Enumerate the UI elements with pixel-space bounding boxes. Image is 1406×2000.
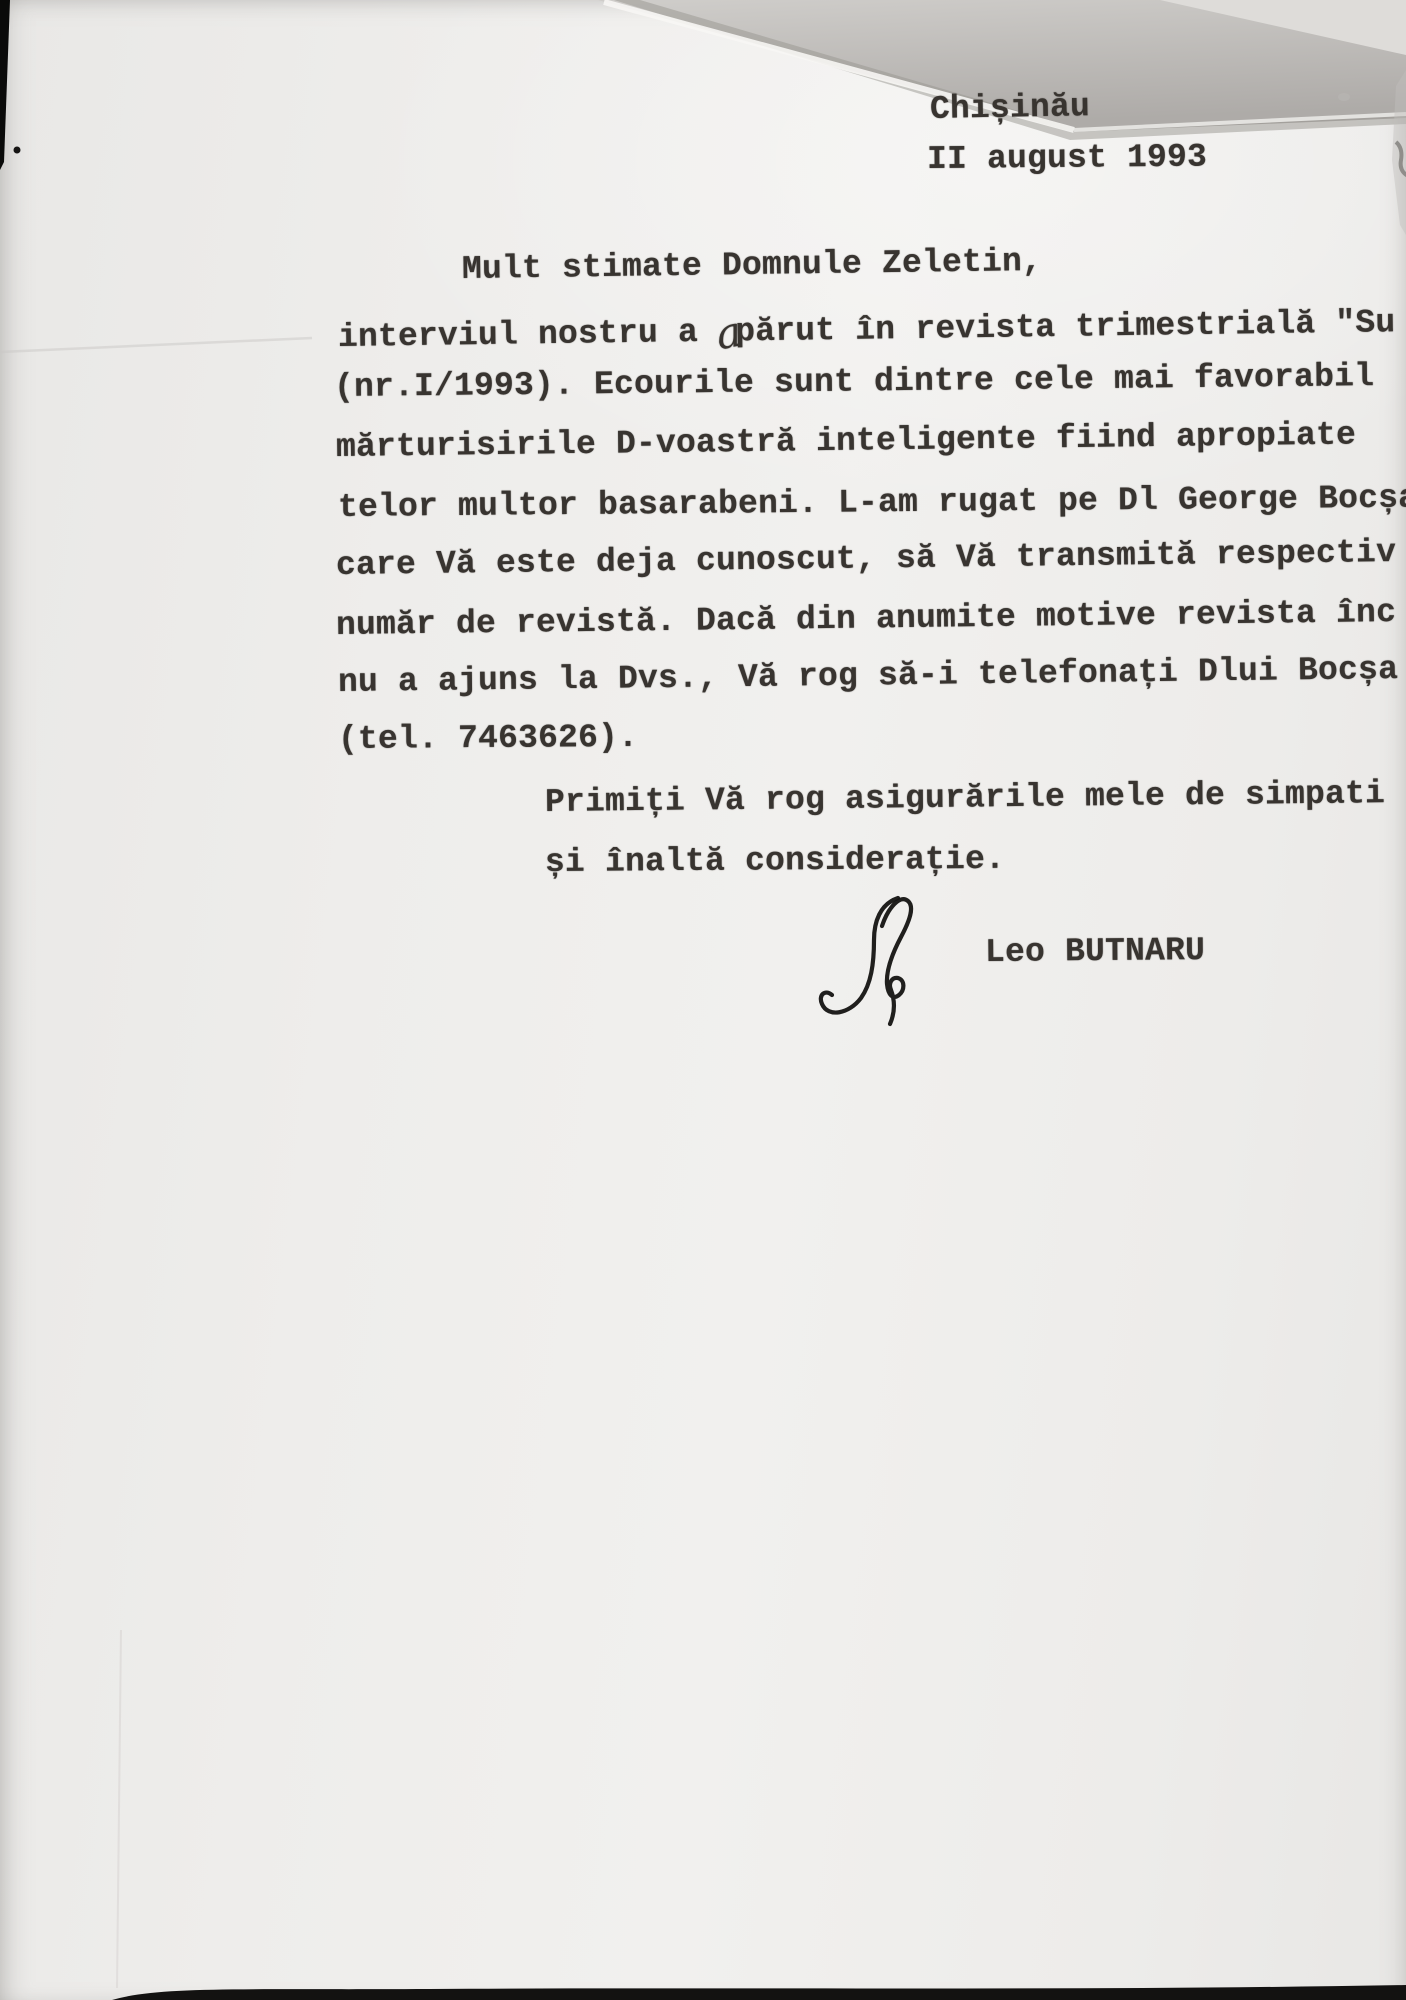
letter-salutation: Mult stimate Domnule Zeletin, — [462, 242, 1043, 290]
ink-speck — [14, 147, 21, 154]
crease-line — [0, 338, 312, 352]
bottom-edge-shadow — [112, 1985, 1406, 2000]
fold-corner-light — [1160, 0, 1406, 55]
right-edge-mark — [1396, 142, 1406, 176]
right-edge-shade — [1392, 70, 1406, 235]
body-line-5: care Vă este deja cunoscut, să Vă transm… — [336, 533, 1397, 586]
letter-date: II august 1993 — [927, 138, 1207, 180]
signature-handwritten — [818, 892, 928, 1032]
closing-line-1: Primiți Vă rog asigurările mele de simpa… — [545, 774, 1386, 823]
body-line-4: telor multor basarabeni. L-am rugat pe D… — [338, 479, 1406, 528]
body-line-7: nu a ajuns la Dvs., Vă rog să-i telefona… — [338, 650, 1399, 703]
crease-line-vertical — [117, 1630, 121, 1988]
body-line-1-post: părut în revista trimestrială "Su — [735, 304, 1396, 350]
left-edge-tear — [0, 0, 10, 170]
body-line-6: număr de revistă. Dacă din anumite motiv… — [336, 593, 1397, 646]
signature-stroke-2 — [882, 899, 911, 1024]
smudge-dot — [1338, 93, 1350, 101]
body-line-2: (nr.I/1993). Ecourile sunt dintre cele m… — [334, 357, 1375, 408]
body-line-3: mărturisirile D-voastră inteligente fiin… — [336, 416, 1357, 468]
fold-highlight-right — [1074, 114, 1406, 130]
body-line-1: interviul nostru a apărut în revista tri… — [338, 297, 1396, 358]
closing-line-2: și înaltă considerație. — [545, 840, 1005, 883]
letter-place: Chișinău — [930, 87, 1091, 130]
body-line-1-pre: interviul nostru a — [338, 314, 719, 356]
scanned-letter-page: Chișinău II august 1993 Mult stimate Dom… — [0, 0, 1406, 2000]
body-line-8: (tel. 7463626). — [338, 718, 638, 760]
signature-name: Leo BUTNARU — [985, 931, 1205, 973]
